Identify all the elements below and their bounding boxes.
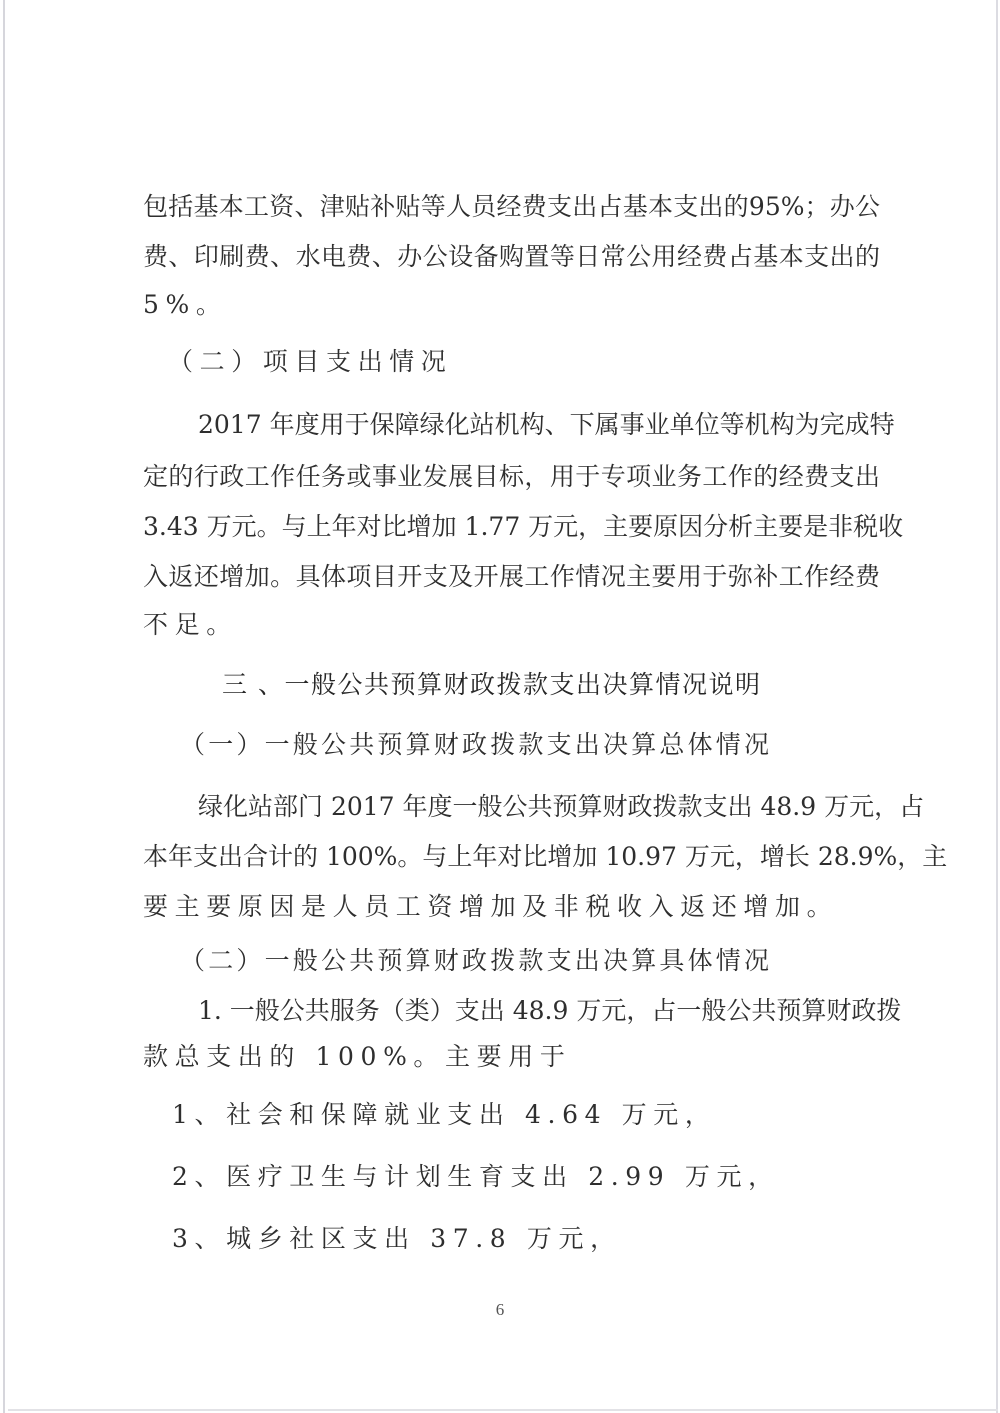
body-text-line: 本年支出合计的 100%。与上年对比增加 10.97 万元，增长 28.9%，主 [143, 840, 880, 874]
list-item-social-security: 1、社会和保障就业支出 4.64 万元， [172, 1098, 912, 1132]
body-text-line: 3.43 万元。与上年对比增加 1.77 万元，主要原因分析主要是非税收 [143, 510, 880, 544]
body-text-line: 包括基本工资、津贴补贴等人员经费支出占基本支出的95%；办公 [143, 190, 880, 224]
body-text-line: 定的行政工作任务或事业发展目标，用于专项业务工作的经费支出 [143, 460, 880, 494]
body-text-line: 入返还增加。具体项目开支及开展工作情况主要用于弥补工作经费 [143, 560, 880, 594]
body-text-line: 不足。 [143, 608, 883, 642]
section-heading-three: 三 、一般公共预算财政拨款支出决算情况说明 [222, 668, 962, 702]
body-text-line: 5%。 [143, 288, 883, 322]
body-text-line: 要主要原因是人员工资增加及非税收入返还增加。 [143, 890, 883, 924]
list-item-medical-health: 2、医疗卫生与计划生育支出 2.99 万元， [172, 1160, 912, 1194]
subsection-heading-project-expense: （二）项目支出情况 [168, 345, 908, 379]
body-text-line: 2017 年度用于保障绿化站机构、下属事业单位等机构为完成特 [198, 408, 881, 442]
list-item-urban-rural: 3、城乡社区支出 37.8 万元， [172, 1222, 912, 1256]
subsection-heading-overall: （一）一般公共预算财政拨款支出决算总体情况 [180, 728, 920, 762]
subsection-heading-detail: （二）一般公共预算财政拨款支出决算具体情况 [180, 944, 920, 978]
page-number: 6 [496, 1300, 505, 1320]
scan-edge-right [996, 0, 998, 1413]
body-text-line: 1. 一般公共服务（类）支出 48.9 万元，占一般公共预算财政拨 [198, 994, 881, 1028]
document-page: 包括基本工资、津贴补贴等人员经费支出占基本支出的95%；办公 费、印刷费、水电费… [0, 0, 1000, 1413]
body-text-line: 款总支出的 100%。主要用于 [143, 1040, 883, 1074]
body-text-line: 费、印刷费、水电费、办公设备购置等日常公用经费占基本支出的 [143, 240, 880, 274]
scan-edge-left [3, 0, 5, 1413]
body-text-line: 绿化站部门 2017 年度一般公共预算财政拨款支出 48.9 万元，占 [198, 790, 881, 824]
scan-edge-bottom [8, 1409, 998, 1411]
